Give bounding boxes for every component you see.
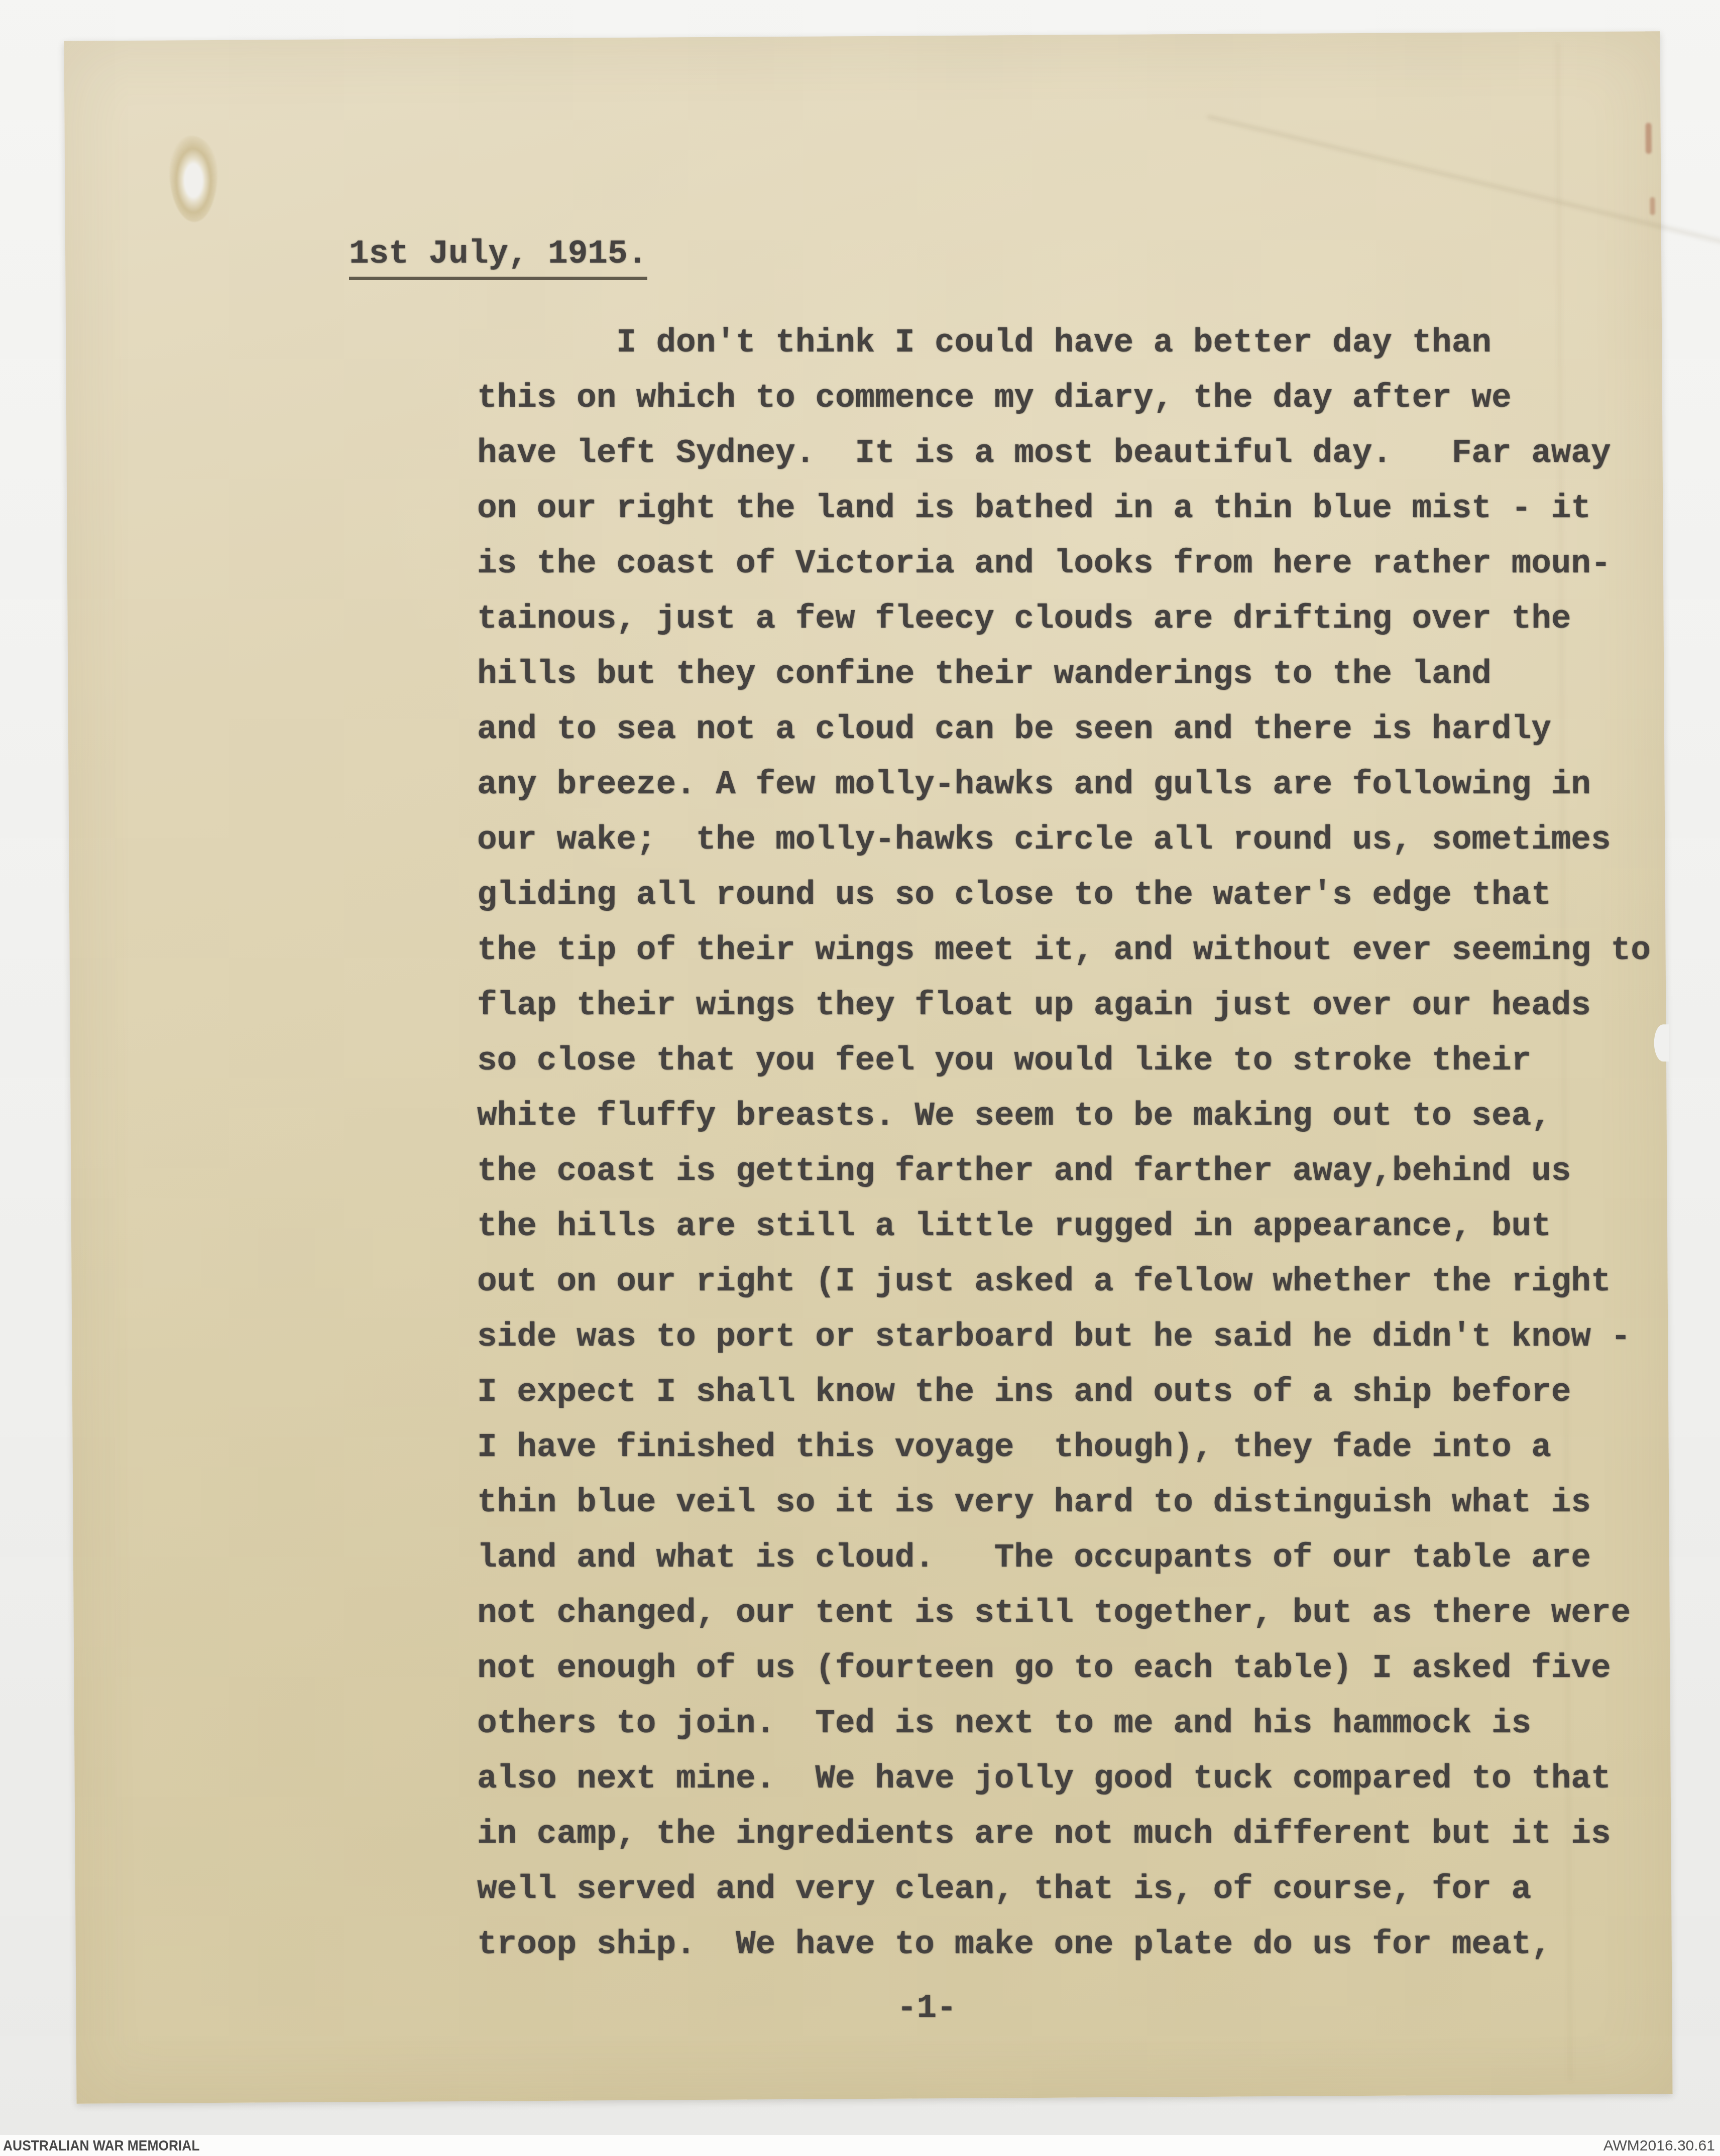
text-line: gliding all round us so close to the wat… [477,868,1651,923]
text-line: any breeze. A few molly-hawks and gulls … [477,757,1651,812]
text-line: white fluffy breasts. We seem to be maki… [477,1089,1651,1144]
text-line: others to join. Ted is next to me and hi… [477,1696,1651,1751]
text-line: troop ship. We have to make one plate do… [477,1917,1651,1972]
text-line: and to sea not a cloud can be seen and t… [477,702,1651,757]
text-line: is the coast of Victoria and looks from … [477,536,1651,591]
text-line: also next mine. We have jolly good tuck … [477,1751,1651,1807]
text-line: thin blue veil so it is very hard to dis… [477,1475,1651,1530]
text-line: in camp, the ingredients are not much di… [477,1807,1651,1862]
text-line: the tip of their wings meet it, and with… [477,923,1651,978]
text-line: I have finished this voyage though), the… [477,1420,1651,1475]
text-line: flap their wings they float up again jus… [477,978,1651,1033]
text-line: hills but they confine their wanderings … [477,647,1651,702]
text-line: out on our right (I just asked a fellow … [477,1254,1651,1309]
archive-footer-bar: AUSTRALIAN WAR MEMORIAL AWM2016.30.61 [0,2135,1720,2156]
page-number: -1- [897,1989,957,2027]
text-line: side was to port or starboard but he sai… [477,1309,1651,1365]
diary-body-text: I don't think I could have a better day … [477,315,1651,1972]
archive-reference-number: AWM2016.30.61 [1603,2135,1715,2156]
text-line: tainous, just a few fleecy clouds are dr… [477,591,1651,647]
text-line: not enough of us (fourteen go to each ta… [477,1641,1651,1696]
text-line: have left Sydney. It is a most beautiful… [477,426,1651,481]
text-line: land and what is cloud. The occupants of… [477,1530,1651,1586]
text-line: the hills are still a little rugged in a… [477,1199,1651,1254]
text-line: our wake; the molly-hawks circle all rou… [477,812,1651,868]
text-line: well served and very clean, that is, of … [477,1862,1651,1917]
text-line: on our right the land is bathed in a thi… [477,481,1651,536]
text-line: I expect I shall know the ins and outs o… [477,1365,1651,1420]
typewritten-text-layer: 1st July, 1915. I don't think I could ha… [0,0,1720,2156]
scan-background: 1st July, 1915. I don't think I could ha… [0,0,1720,2156]
text-line: the coast is getting farther and farther… [477,1144,1651,1199]
text-line: this on which to commence my diary, the … [477,371,1651,426]
date-heading: 1st July, 1915. [349,235,647,280]
text-line: I don't think I could have a better day … [477,315,1651,371]
archive-institution-label: AUSTRALIAN WAR MEMORIAL [3,2135,200,2156]
text-line: so close that you feel you would like to… [477,1033,1651,1089]
text-line: not changed, our tent is still together,… [477,1586,1651,1641]
date-heading-text: 1st July, 1915. [349,235,647,280]
